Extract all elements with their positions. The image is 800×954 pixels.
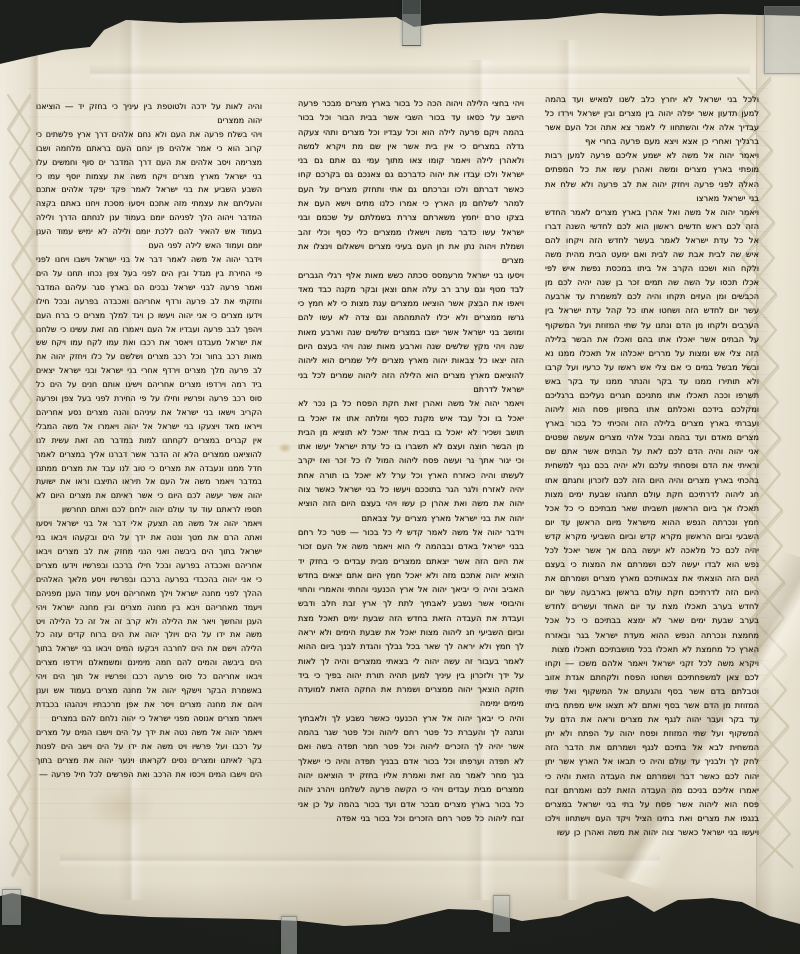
stain bbox=[86, 784, 156, 830]
stain bbox=[278, 443, 292, 453]
crease-line bbox=[90, 64, 750, 82]
text-column-left: והיה לאות על ידכה ולטוטפת בין עיניך כי ב… bbox=[36, 100, 262, 781]
top-right-clamp bbox=[764, 6, 800, 74]
torah-paragraph: ולכל בני ישראל לא יחרץ כלב לשנו למאיש וע… bbox=[545, 92, 759, 148]
bottom-clamp-left bbox=[2, 889, 21, 925]
stitched-seam-left bbox=[0, 42, 40, 926]
bottom-clamp-right bbox=[493, 895, 510, 932]
stitched-seam-right bbox=[756, 6, 800, 922]
torah-paragraph: והיה לאות על ידכה ולטוטפת בין עיניך כי ב… bbox=[36, 100, 262, 128]
torah-paragraph: וידבר יהוה אל משה לאמר קדש לי כל בכור ― … bbox=[298, 525, 524, 711]
top-clamp bbox=[402, 0, 421, 46]
torah-paragraph: ויהי בשלח פרעה את העם ולא נחם אלהים דרך … bbox=[36, 128, 262, 253]
torah-scroll-sheet: ולכל בני ישראל לא יחרץ כלב לשנו למאיש וע… bbox=[0, 0, 800, 954]
torah-paragraph: וידבר יהוה אל משה לאמר דבר אל בני ישראל … bbox=[36, 253, 262, 517]
torah-paragraph: ויהי בחצי הלילה ויהוה הכה כל בכור בארץ מ… bbox=[298, 96, 524, 268]
photo-background: ולכל בני ישראל לא יחרץ כלב לשנו למאיש וע… bbox=[0, 0, 800, 954]
torah-paragraph: ויקרא משה לכל זקני ישראל ויאמר אלהם משכו… bbox=[545, 656, 759, 839]
torah-paragraph: ויאמר יהוה אל משה מה תצעק אלי דבר אל בני… bbox=[36, 517, 262, 726]
bottom-clamp-center bbox=[281, 916, 297, 954]
torah-paragraph: ויאמר יהוה אל משה לא ישמע אליכם פרעה למע… bbox=[545, 148, 759, 204]
text-column-right: ולכל בני ישראל לא יחרץ כלב לשנו למאיש וע… bbox=[545, 92, 759, 839]
crease-line bbox=[60, 852, 660, 868]
torah-paragraph: ויאמר יהוה אל משה נטה את ידך על הים וישב… bbox=[36, 726, 262, 782]
torah-paragraph: ויסעו בני ישראל מרעמסס סכתה כשש מאות אלף… bbox=[298, 268, 524, 397]
text-column-middle: ויהי בחצי הלילה ויהוה הכה כל בכור בארץ מ… bbox=[298, 96, 524, 825]
torah-paragraph: ויאמר יהוה אל משה ואל אהרן בארץ מצרים לא… bbox=[545, 205, 759, 656]
torah-paragraph: ויאמר יהוה אל משה ואהרן זאת חקת הפסח כל … bbox=[298, 396, 524, 525]
torah-paragraph: והיה כי יבאך יהוה אל ארץ הכנעני כאשר נשב… bbox=[298, 711, 524, 825]
